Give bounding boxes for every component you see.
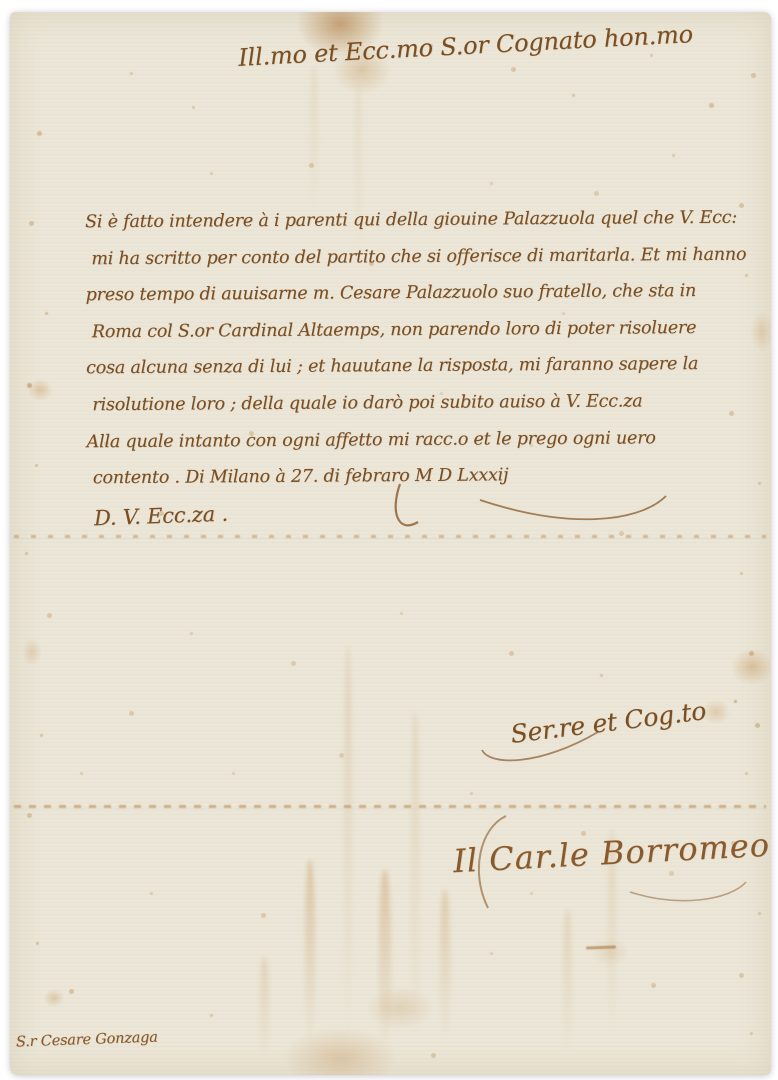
body-line: contento . Di Milano à 27. di febraro M … bbox=[93, 456, 748, 497]
body-line: Roma col S.or Cardinal Altaemps, non par… bbox=[92, 309, 747, 350]
letter-paper: Ill.mo et Ecc.mo S.or Cognato hon.mo Si … bbox=[10, 12, 771, 1075]
photo-background: { "document": { "type": "manuscript-lett… bbox=[0, 0, 778, 1080]
water-stain bbox=[440, 890, 450, 1040]
water-stain bbox=[305, 860, 315, 1045]
fold-crease bbox=[14, 805, 766, 808]
body-line: risolutione loro ; della quale io darò p… bbox=[92, 383, 747, 424]
body-line: mi ha scritto per conto del partito che … bbox=[91, 236, 746, 277]
letter-body: Si è fatto intendere à i parenti qui del… bbox=[85, 200, 742, 497]
foxing-speckles bbox=[10, 12, 13, 15]
water-stain bbox=[411, 712, 419, 1042]
body-line: preso tempo di auuisarne m. Cesare Palaz… bbox=[85, 273, 740, 314]
water-stain bbox=[379, 870, 391, 1050]
body-line: cosa alcuna senza di lui ; et hauutane l… bbox=[86, 346, 741, 387]
foxing-speckles bbox=[10, 12, 13, 15]
docket-recipient: S.r Cesare Gonzaga bbox=[16, 1030, 158, 1051]
water-stain bbox=[260, 957, 269, 1062]
water-stain bbox=[310, 67, 318, 217]
subscription-line: D. V. Ecc.za . bbox=[94, 502, 229, 531]
closing-line: Ser.re et Cog.to bbox=[509, 696, 708, 749]
fold-crease bbox=[14, 535, 766, 538]
salutation-line: Ill.mo et Ecc.mo S.or Cognato hon.mo bbox=[238, 20, 694, 72]
water-stain bbox=[563, 910, 572, 1055]
body-line: Si è fatto intendere à i parenti qui del… bbox=[85, 200, 740, 241]
body-line: Alla quale intanto con ogni affetto mi r… bbox=[87, 419, 742, 460]
water-stain bbox=[344, 647, 352, 1042]
